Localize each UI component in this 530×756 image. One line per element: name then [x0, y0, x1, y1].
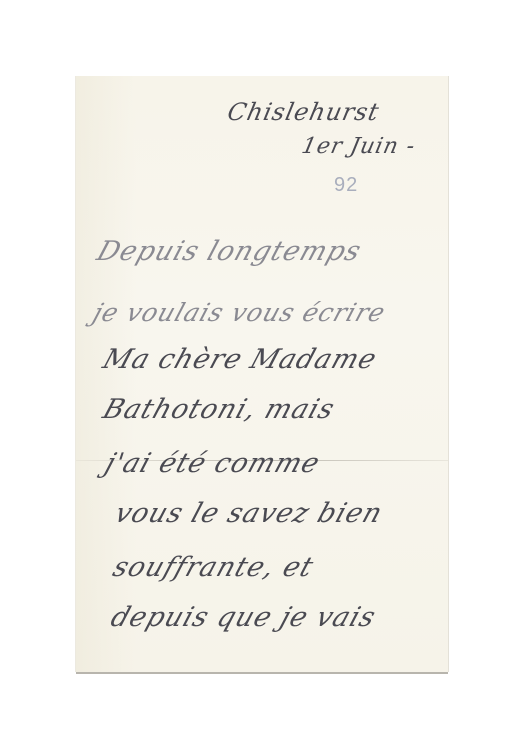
body-line-2: je voulais vous écrire	[89, 298, 389, 327]
letter-sheet: Chislehurst 1er Juin - 92 Depuis longtem…	[76, 76, 448, 672]
body-line-3: Ma chère Madame	[99, 344, 381, 375]
body-line-6: vous le savez bien	[111, 498, 387, 529]
body-line-1: Depuis longtemps	[93, 236, 366, 267]
body-line-8: depuis que je vais	[107, 602, 380, 633]
body-line-5: j'ai été comme	[101, 448, 324, 479]
body-line-4: Bathotoni, mais	[99, 394, 339, 425]
body-line-7: souffrante, et	[109, 552, 318, 583]
pencil-note: 92	[334, 174, 358, 197]
letter-date: 1er Juin -	[299, 134, 417, 159]
letter-place: Chislehurst	[225, 98, 382, 126]
